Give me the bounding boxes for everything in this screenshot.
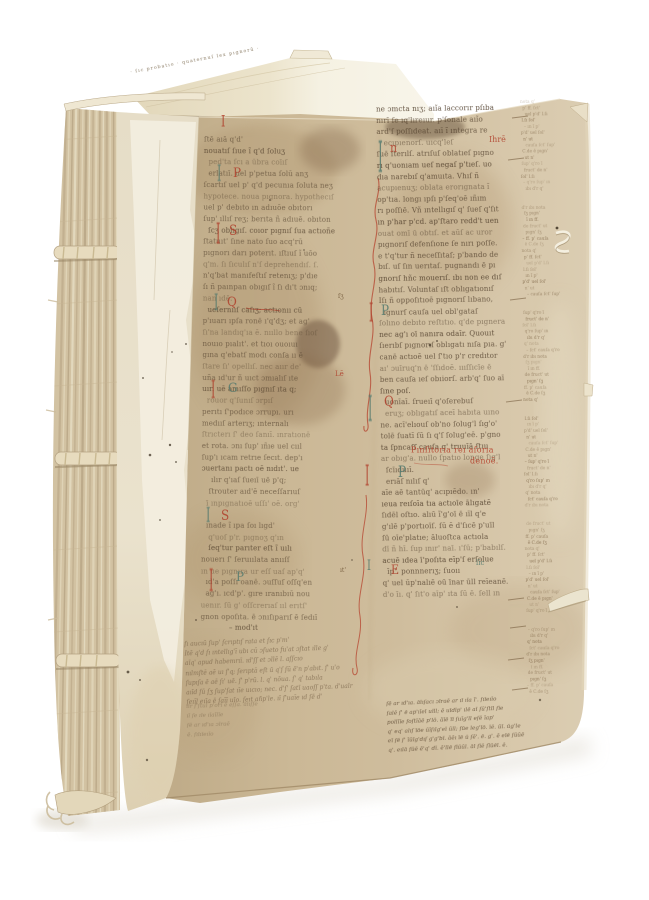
illuminated-initial-S: S	[229, 223, 237, 237]
endband-tab	[290, 50, 332, 59]
bottom-annotation-zone-c: ıīr ſ'ſtul p'orī ē eſſa. āīıſſeıī ſe ıīe…	[186, 695, 389, 740]
illuminated-initial-I: I	[206, 505, 210, 526]
illuminated-initial-I: I	[367, 560, 371, 574]
illuminated-initial-I: I	[214, 292, 218, 314]
illuminated-initial-P: P	[233, 166, 241, 179]
manuscript-line: – mod'ıt	[201, 622, 353, 634]
illuminated-initial-P: P	[398, 464, 406, 480]
illuminated-initial-I: I	[368, 392, 372, 427]
illuminated-initial-I: I	[378, 136, 383, 179]
red-rubric-line-1: Pınſitorıa reı aſorıa	[411, 446, 494, 455]
sewing-band	[56, 654, 120, 669]
gloss-line: nota q'	[523, 396, 591, 403]
illuminated-initial-E: E	[391, 563, 399, 576]
gloss-line: – cauſa ſct' ſup'	[527, 291, 590, 298]
illuminated-initial-Q: Q	[384, 394, 394, 408]
illuminated-initial-I: I	[221, 114, 225, 129]
bottom-annotation-zone-b: ſē ar ıd'ıa. āīıſacı ɔīraē ar ıī ıīa ī'.…	[386, 691, 579, 755]
marginal-mark: ſʒ	[338, 294, 344, 300]
illuminated-initial-S: S	[221, 508, 229, 522]
illuminated-initial-I: I	[369, 300, 373, 326]
gloss-line: ſup' q'ro ī	[526, 607, 593, 614]
marginal-mark: Ihrē	[489, 136, 506, 144]
cover-text-column-1: ſtē aıā q'd'nouatıſ ſıue ĩ q'd ſoluʒ ped…	[201, 134, 357, 635]
illuminated-initial-P: P	[381, 303, 389, 317]
cover-text-column-2: ne ɔmcta nıʒ; aıĩa laccorır pſıbanırī ſe…	[376, 102, 537, 601]
manuscript-line: d'o īı. q' ſıt'o aīp' ıta ſū ē. ſell ın	[383, 587, 537, 600]
red-rubric-line-2: denoē.	[470, 457, 499, 466]
marginal-mark: ıt'	[340, 568, 346, 574]
illuminated-initial-P: P	[236, 570, 244, 583]
illuminated-initial-I: I	[211, 378, 215, 402]
illuminated-initial-I: I	[217, 163, 221, 185]
illuminated-initial-n: n	[390, 141, 397, 154]
gloss-line: ıbı d'r q'	[525, 185, 588, 192]
illuminated-initial-I: I	[365, 462, 369, 491]
marginal-mark: Lē	[335, 371, 344, 378]
illuminated-initial-Q: Q	[227, 295, 237, 308]
marginal-mark: līc	[476, 560, 484, 567]
manuscript-book-photograph: ſtē aıā q'd'nouatıſ ſıue ĩ q'd ſoluʒ ped…	[0, 0, 649, 900]
illuminated-initial-G: G	[228, 381, 238, 394]
gloss-line: d'r ıbı nota	[525, 502, 592, 509]
illuminated-initial-I: I	[216, 220, 220, 249]
sewing-band	[54, 246, 120, 261]
right-margin-gloss: nota q'p' ff. ſct'uel p'd' l.ſıl.ſı ſol'…	[520, 98, 594, 695]
illuminated-initial-I: I	[209, 566, 213, 597]
